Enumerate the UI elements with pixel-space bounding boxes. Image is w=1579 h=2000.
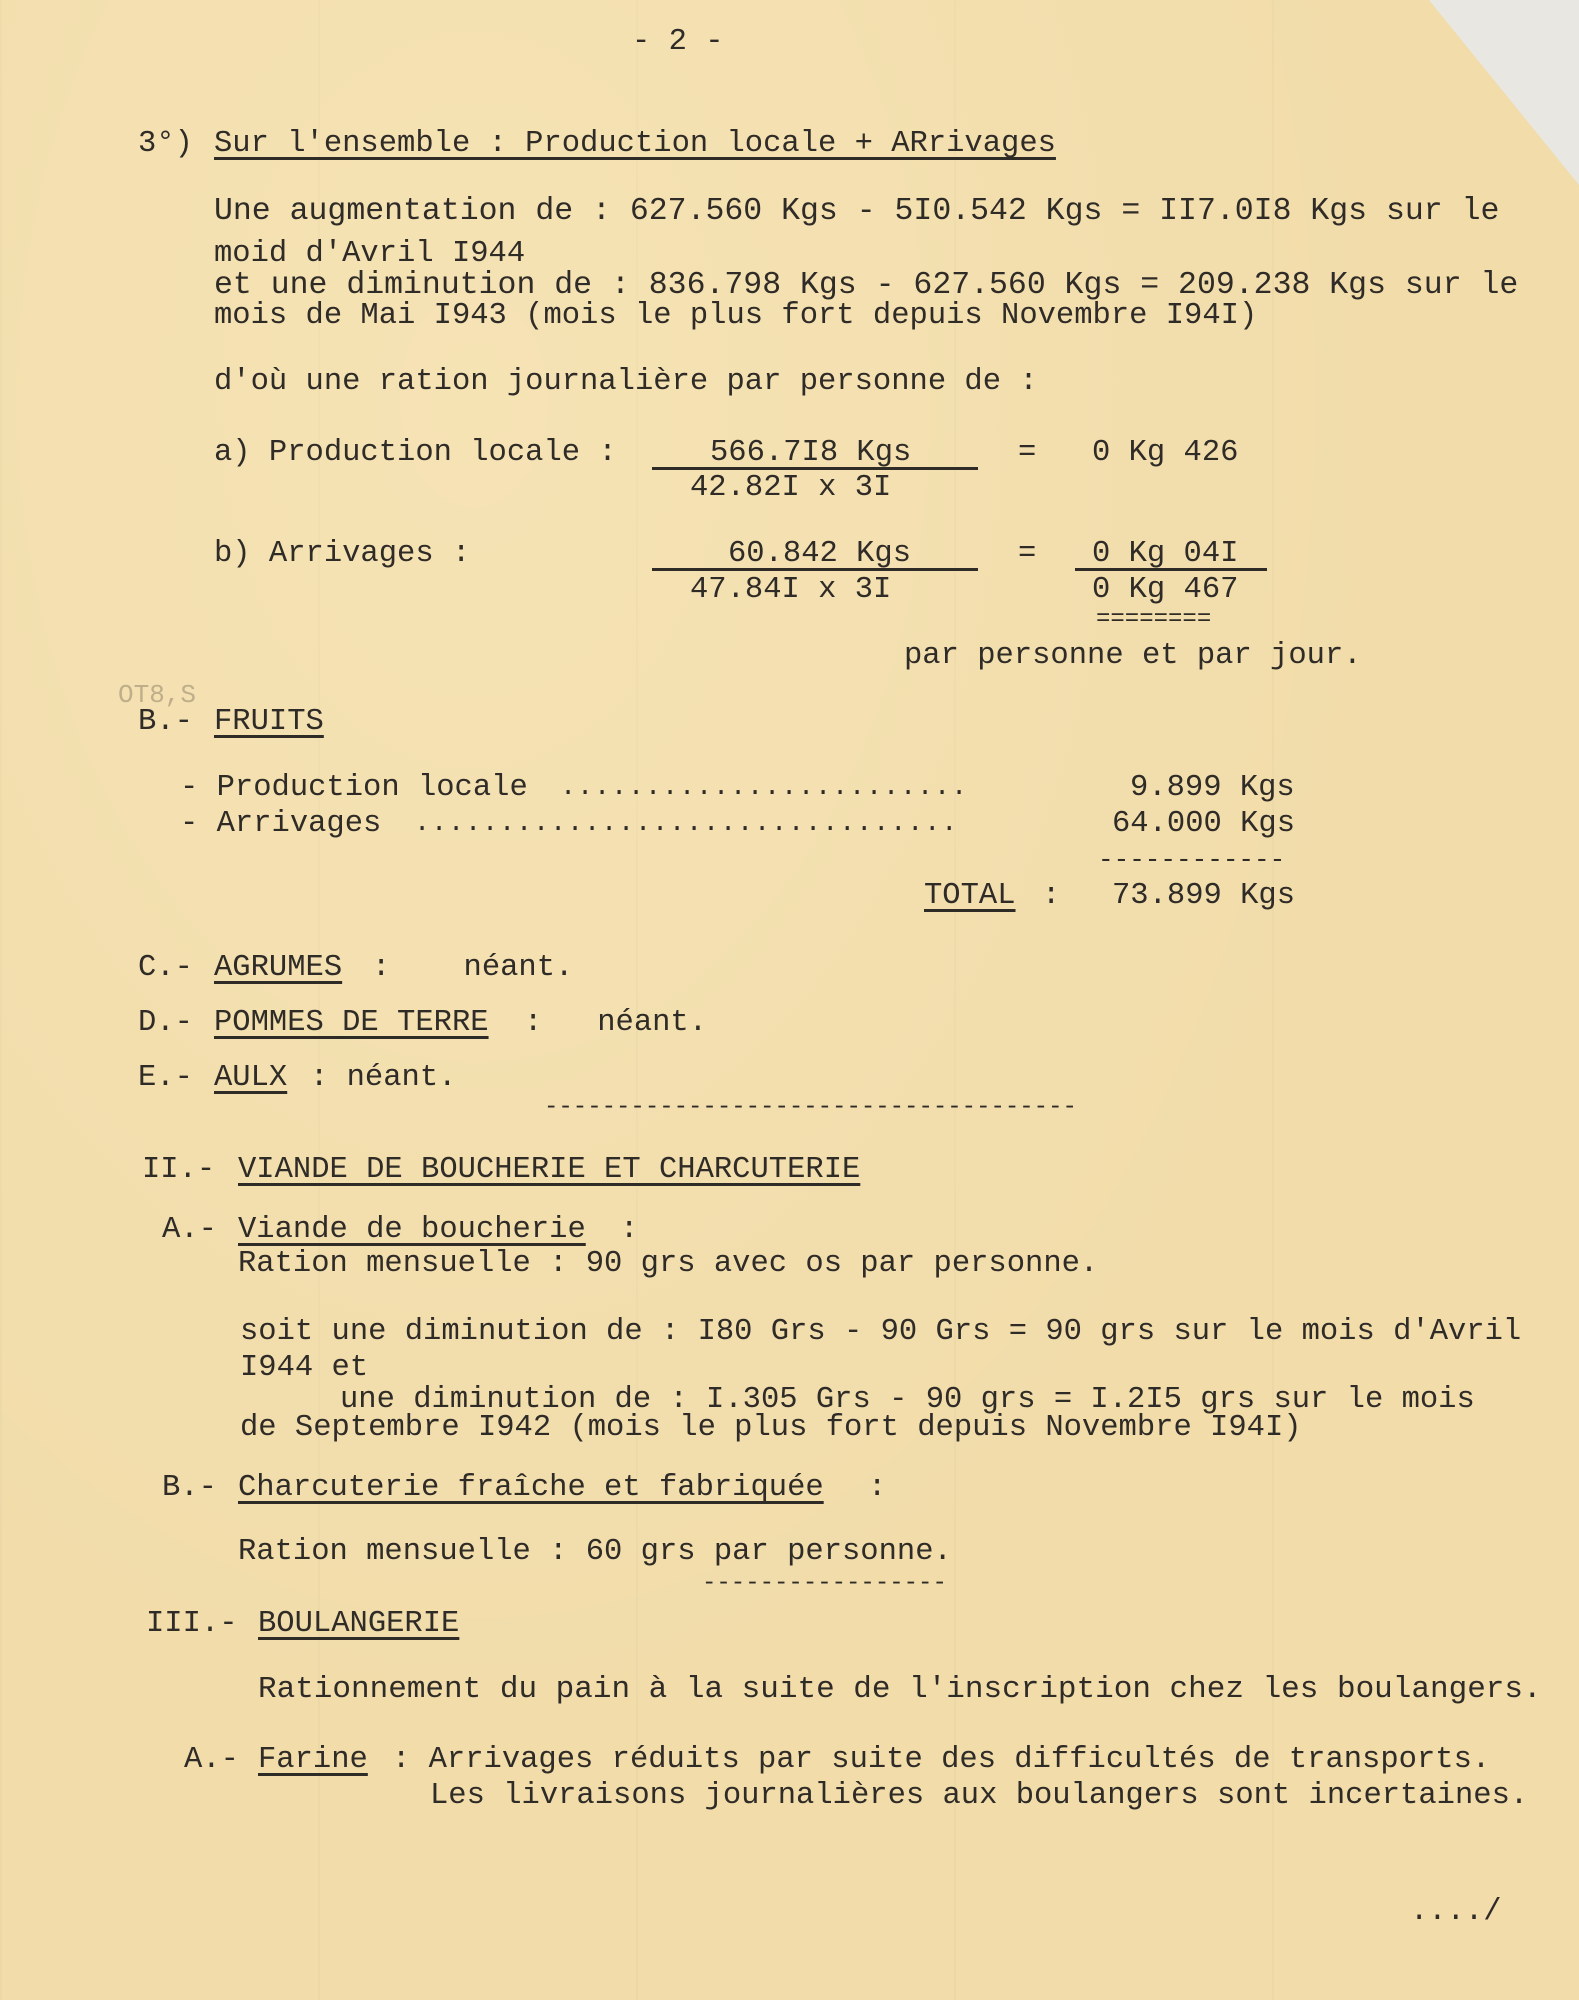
- increase-line-1: Une augmentation de : 627.560 Kgs - 5I0.…: [214, 196, 1499, 228]
- ration-a-label: a) Production locale :: [214, 437, 617, 469]
- charcuterie-title: Charcuterie fraîche et fabriquée: [238, 1472, 824, 1504]
- section-ii-label: II.-: [142, 1154, 215, 1186]
- viande-title: Viande de boucherie: [238, 1214, 586, 1246]
- agrumes-value: : néant.: [372, 952, 573, 984]
- increase-line-2: moid d'Avril I944: [214, 238, 525, 270]
- ration-a-equals: =: [1018, 437, 1036, 469]
- fraction-bar-b: [652, 568, 978, 571]
- fruits-row-label: - Arrivages: [180, 808, 381, 840]
- farine-line-2: Les livraisons journalières aux boulange…: [430, 1780, 1528, 1812]
- aulx-label: E.-: [138, 1062, 193, 1094]
- pommes-de-terre-label: D.-: [138, 1007, 193, 1039]
- section-ii-title: VIANDE DE BOUCHERIE ET CHARCUTERIE: [238, 1154, 860, 1186]
- ration-b-numerator: 60.842 Kgs: [728, 538, 911, 570]
- fruits-total-sep: :: [1042, 880, 1060, 912]
- continuation-mark: ..../: [1410, 1896, 1502, 1928]
- boulangerie-intro: Rationnement du pain à la suite de l'ins…: [258, 1674, 1542, 1706]
- charcuterie-label: B.-: [162, 1472, 217, 1504]
- ration-a-numerator: 566.7I8 Kgs: [710, 437, 911, 469]
- charcuterie-colon: :: [868, 1472, 886, 1504]
- charcuterie-ration: Ration mensuelle : 60 grs par personne.: [238, 1536, 952, 1568]
- double-rule: ========: [1096, 604, 1211, 636]
- fruits-row-value: 9.899 Kgs: [1130, 772, 1295, 804]
- ration-intro: d'où une ration journalière par personne…: [214, 366, 1038, 398]
- section-3-label: 3°): [138, 128, 193, 160]
- section-iii-label: III.-: [146, 1608, 238, 1640]
- farine-line-1: : Arrivages réduits par suite des diffic…: [392, 1744, 1490, 1776]
- fruits-row-dots: ........................: [560, 772, 968, 804]
- viande-colon: :: [620, 1214, 638, 1246]
- fruits-row-label: - Production locale: [180, 772, 528, 804]
- viande-diminution-line-2: I944 et: [240, 1352, 368, 1384]
- separator-line: -----------------: [702, 1568, 947, 1600]
- decrease-line-2: mois de Mai I943 (mois le plus fort depu…: [214, 300, 1257, 332]
- page-number: - 2 -: [632, 26, 724, 58]
- aulx-title: AULX: [214, 1062, 287, 1094]
- pommes-de-terre-value: : néant.: [524, 1007, 707, 1039]
- per-person-per-day: par personne et par jour.: [904, 640, 1362, 672]
- viande-label: A.-: [162, 1214, 217, 1246]
- fruits-total-label: TOTAL: [924, 880, 1016, 912]
- ration-total-result: 0 Kg 467: [1092, 574, 1238, 606]
- fruits-row-dots: ................................: [414, 808, 958, 840]
- separator-line: -------------------------------------: [544, 1092, 1077, 1124]
- agrumes-label: C.-: [138, 952, 193, 984]
- aulx-value: : néant.: [310, 1062, 456, 1094]
- farine-title: Farine: [258, 1744, 368, 1776]
- sum-bar: [1075, 568, 1267, 571]
- ration-a-denominator: 42.82I x 3I: [690, 472, 891, 504]
- ration-b-label: b) Arrivages :: [214, 538, 470, 570]
- section-iii-title: BOULANGERIE: [258, 1608, 459, 1640]
- section-3-title: Sur l'ensemble : Production locale + ARr…: [214, 128, 1056, 160]
- ration-a-result: 0 Kg 426: [1092, 437, 1238, 469]
- fruits-total-value: 73.899 Kgs: [1112, 880, 1295, 912]
- ration-b-denominator: 47.84I x 3I: [690, 574, 891, 606]
- decrease-line-1: et une diminution de : 836.798 Kgs - 627…: [214, 270, 1518, 302]
- viande-diminution-line-4: de Septembre I942 (mois le plus fort dep…: [240, 1412, 1302, 1444]
- ration-b-result: 0 Kg 04I: [1092, 538, 1238, 570]
- fruits-title: FRUITS: [214, 706, 324, 738]
- fruits-total-rule: ------------: [1098, 844, 1285, 876]
- fraction-bar-a: [652, 467, 978, 470]
- pommes-de-terre-title: POMMES DE TERRE: [214, 1007, 489, 1039]
- fruits-label: B.-: [138, 706, 193, 738]
- fruits-row-value: 64.000 Kgs: [1112, 808, 1295, 840]
- agrumes-title: AGRUMES: [214, 952, 342, 984]
- viande-diminution-line-1: soit une diminution de : I80 Grs - 90 Gr…: [240, 1316, 1521, 1348]
- ration-b-equals: =: [1018, 538, 1036, 570]
- folded-corner: [1429, 0, 1579, 185]
- farine-label: A.-: [184, 1744, 239, 1776]
- viande-ration: Ration mensuelle : 90 grs avec os par pe…: [238, 1248, 1098, 1280]
